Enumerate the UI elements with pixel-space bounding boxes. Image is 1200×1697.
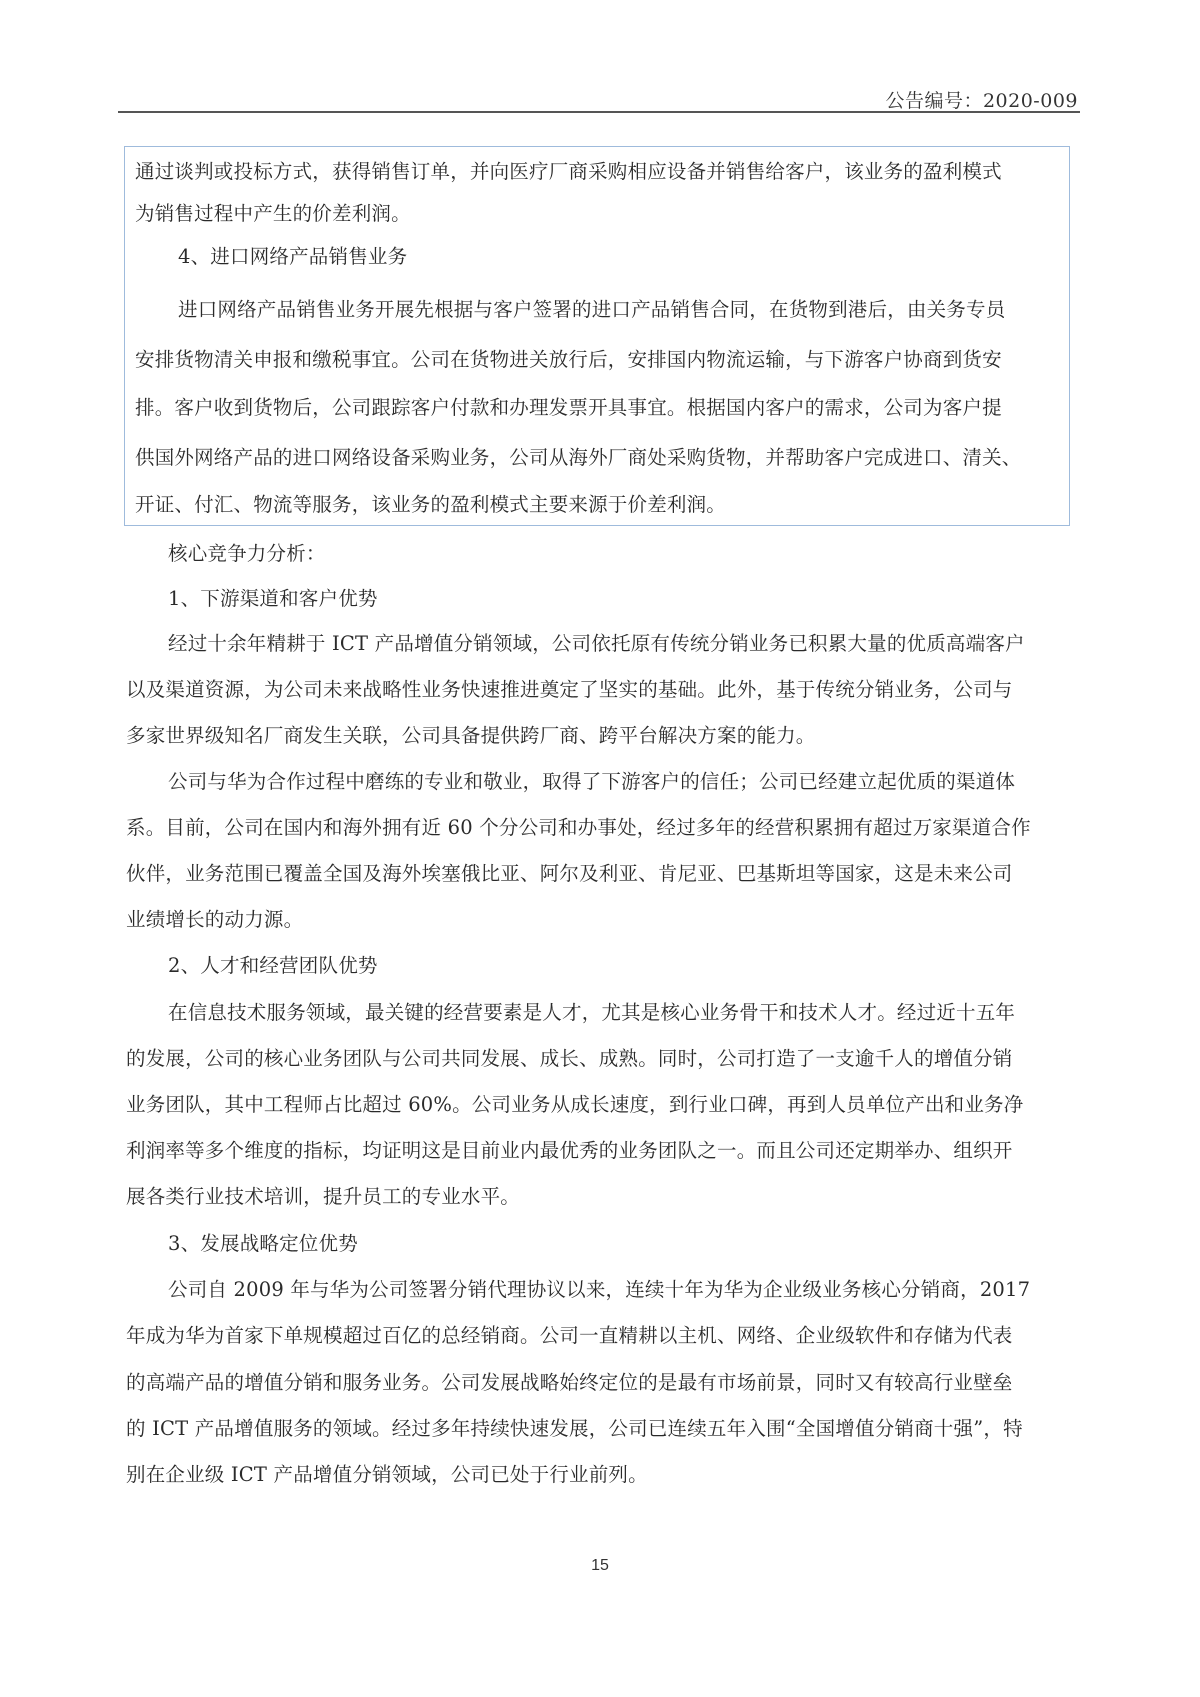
body-line: 业绩增长的动力源。	[126, 907, 303, 933]
box-line: 开证、付汇、物流等服务，该业务的盈利模式主要来源于价差利润。	[135, 492, 726, 518]
box-line: 进口网络产品销售业务开展先根据与客户签署的进口产品销售合同，在货物到港后，由关务…	[178, 297, 1005, 323]
body-line: 年成为华为首家下单规模超过百亿的总经销商。公司一直精耕以主机、网络、企业级软件和…	[126, 1323, 1013, 1349]
body-line: 的 ICT 产品增值服务的领域。经过多年持续快速发展，公司已连续五年入围“全国增…	[126, 1416, 1023, 1442]
section-heading: 核心竞争力分析：	[168, 541, 326, 567]
header-rule	[118, 111, 1080, 113]
box-line: 供国外网络产品的进口网络设备采购业务，公司从海外厂商处采购货物，并帮助客户完成进…	[135, 445, 1022, 471]
box-line: 通过谈判或投标方式，获得销售订单，并向医疗厂商采购相应设备并销售给客户，该业务的…	[135, 159, 1002, 185]
body-line: 展各类行业技术培训，提升员工的专业水平。	[126, 1184, 520, 1210]
section-heading: 2、人才和经营团队优势	[168, 953, 378, 979]
body-line: 别在企业级 ICT 产品增值分销领域，公司已处于行业前列。	[126, 1462, 648, 1488]
body-line: 业务团队，其中工程师占比超过 60%。公司业务从成长速度，到行业口碑，再到人员单…	[126, 1092, 1023, 1118]
body-line: 公司自 2009 年与华为公司签署分销代理协议以来，连续十年为华为企业级业务核心…	[168, 1277, 1030, 1303]
body-line: 多家世界级知名厂商发生关联，公司具备提供跨厂商、跨平台解决方案的能力。	[126, 723, 816, 749]
body-line: 利润率等多个维度的指标，均证明这是目前业内最优秀的业务团队之一。而且公司还定期举…	[126, 1138, 1013, 1164]
box-line: 为销售过程中产生的价差利润。	[135, 201, 411, 227]
section-heading: 3、发展战略定位优势	[168, 1231, 358, 1257]
page-number: 15	[0, 1557, 1200, 1575]
section-heading: 4、进口网络产品销售业务	[178, 244, 407, 270]
body-line: 经过十余年精耕于 ICT 产品增值分销领域，公司依托原有传统分销业务已积累大量的…	[168, 631, 1025, 657]
body-line: 系。目前，公司在国内和海外拥有近 60 个分公司和办事处，经过多年的经营积累拥有…	[126, 815, 1031, 841]
body-line: 以及渠道资源，为公司未来战略性业务快速推进奠定了坚实的基础。此外，基于传统分销业…	[126, 677, 1013, 703]
body-line: 在信息技术服务领域，最关键的经营要素是人才，尤其是核心业务骨干和技术人才。经过近…	[168, 1000, 1015, 1026]
announcement-number: 公告编号：2020-009	[885, 86, 1078, 113]
box-line: 排。客户收到货物后，公司跟踪客户付款和办理发票开具事宜。根据国内客户的需求，公司…	[135, 395, 1002, 421]
body-line: 公司与华为合作过程中磨练的专业和敬业，取得了下游客户的信任；公司已经建立起优质的…	[168, 769, 1015, 795]
body-line: 的发展，公司的核心业务团队与公司共同发展、成长、成熟。同时，公司打造了一支逾千人…	[126, 1046, 1013, 1072]
section-heading: 1、下游渠道和客户优势	[168, 586, 378, 612]
body-line: 的高端产品的增值分销和服务业务。公司发展战略始终定位的是最有市场前景，同时又有较…	[126, 1370, 1013, 1396]
box-line: 安排货物清关申报和缴税事宜。公司在货物进关放行后，安排国内物流运输，与下游客户协…	[135, 347, 1002, 373]
body-line: 伙伴，业务范围已覆盖全国及海外埃塞俄比亚、阿尔及利亚、肯尼亚、巴基斯坦等国家，这…	[126, 861, 1013, 887]
